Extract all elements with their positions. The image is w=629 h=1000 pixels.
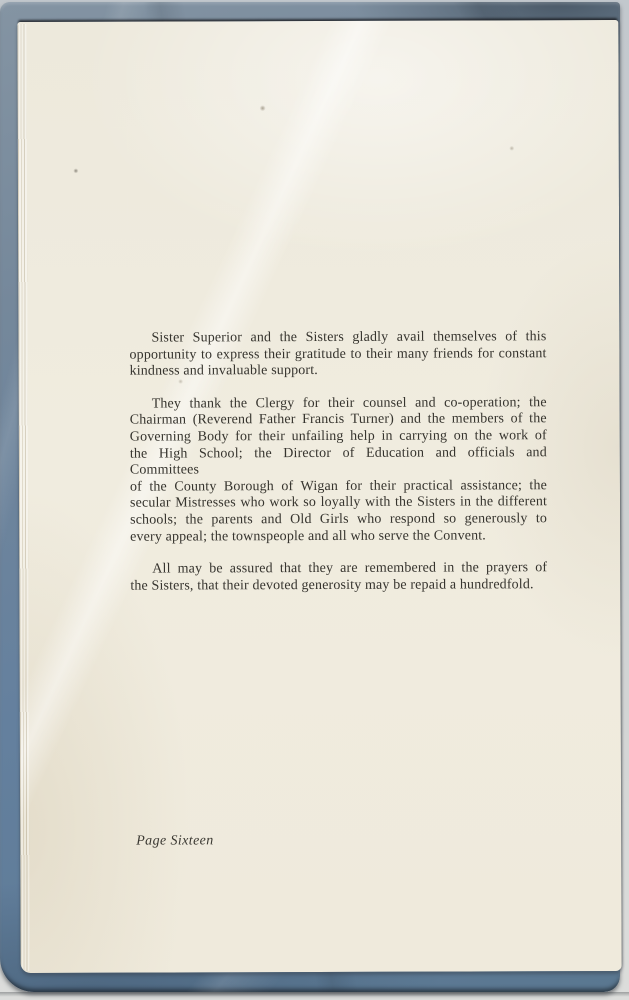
text-line: Chairman (Reverend Father Francis Turner… <box>130 412 547 430</box>
text-line: opportunity to express their gratitude t… <box>129 346 546 364</box>
scanner-background-edge <box>620 0 629 1000</box>
text-line: kindness and invaluable support. <box>130 362 547 380</box>
scanned-document-photo: Sister Superior and the Sisters gladly a… <box>0 0 629 1000</box>
scanner-shadow-edge <box>0 992 629 1000</box>
text-line: secular Mistresses who work so loyally w… <box>130 495 547 513</box>
text-line: of the County Borough of Wigan for their… <box>130 478 547 496</box>
booklet-page: Sister Superior and the Sisters gladly a… <box>17 20 621 973</box>
text-line: the High School; the Director of Educati… <box>130 445 547 480</box>
text-line: schools; the parents and Old Girls who r… <box>130 511 547 529</box>
text-line: Sister Superior and the Sisters gladly a… <box>129 329 546 347</box>
page-stack-edges <box>17 24 29 971</box>
text-line: Governing Body for their unfailing help … <box>130 428 547 446</box>
page-number: Page Sixteen <box>136 833 214 849</box>
text-line: All may be assured that they are remembe… <box>130 560 547 578</box>
paragraph-2: They thank the Clergy for their counsel … <box>130 395 548 546</box>
paragraph-1: Sister Superior and the Sisters gladly a… <box>129 329 546 380</box>
text-line: They thank the Clergy for their counsel … <box>130 395 547 413</box>
text-line: every appeal; the townspeople and all wh… <box>130 528 547 546</box>
text-line: the Sisters, that their devoted generosi… <box>130 577 547 595</box>
paragraph-3: All may be assured that they are remembe… <box>130 560 547 595</box>
text-block: Sister Superior and the Sisters gladly a… <box>129 329 547 595</box>
